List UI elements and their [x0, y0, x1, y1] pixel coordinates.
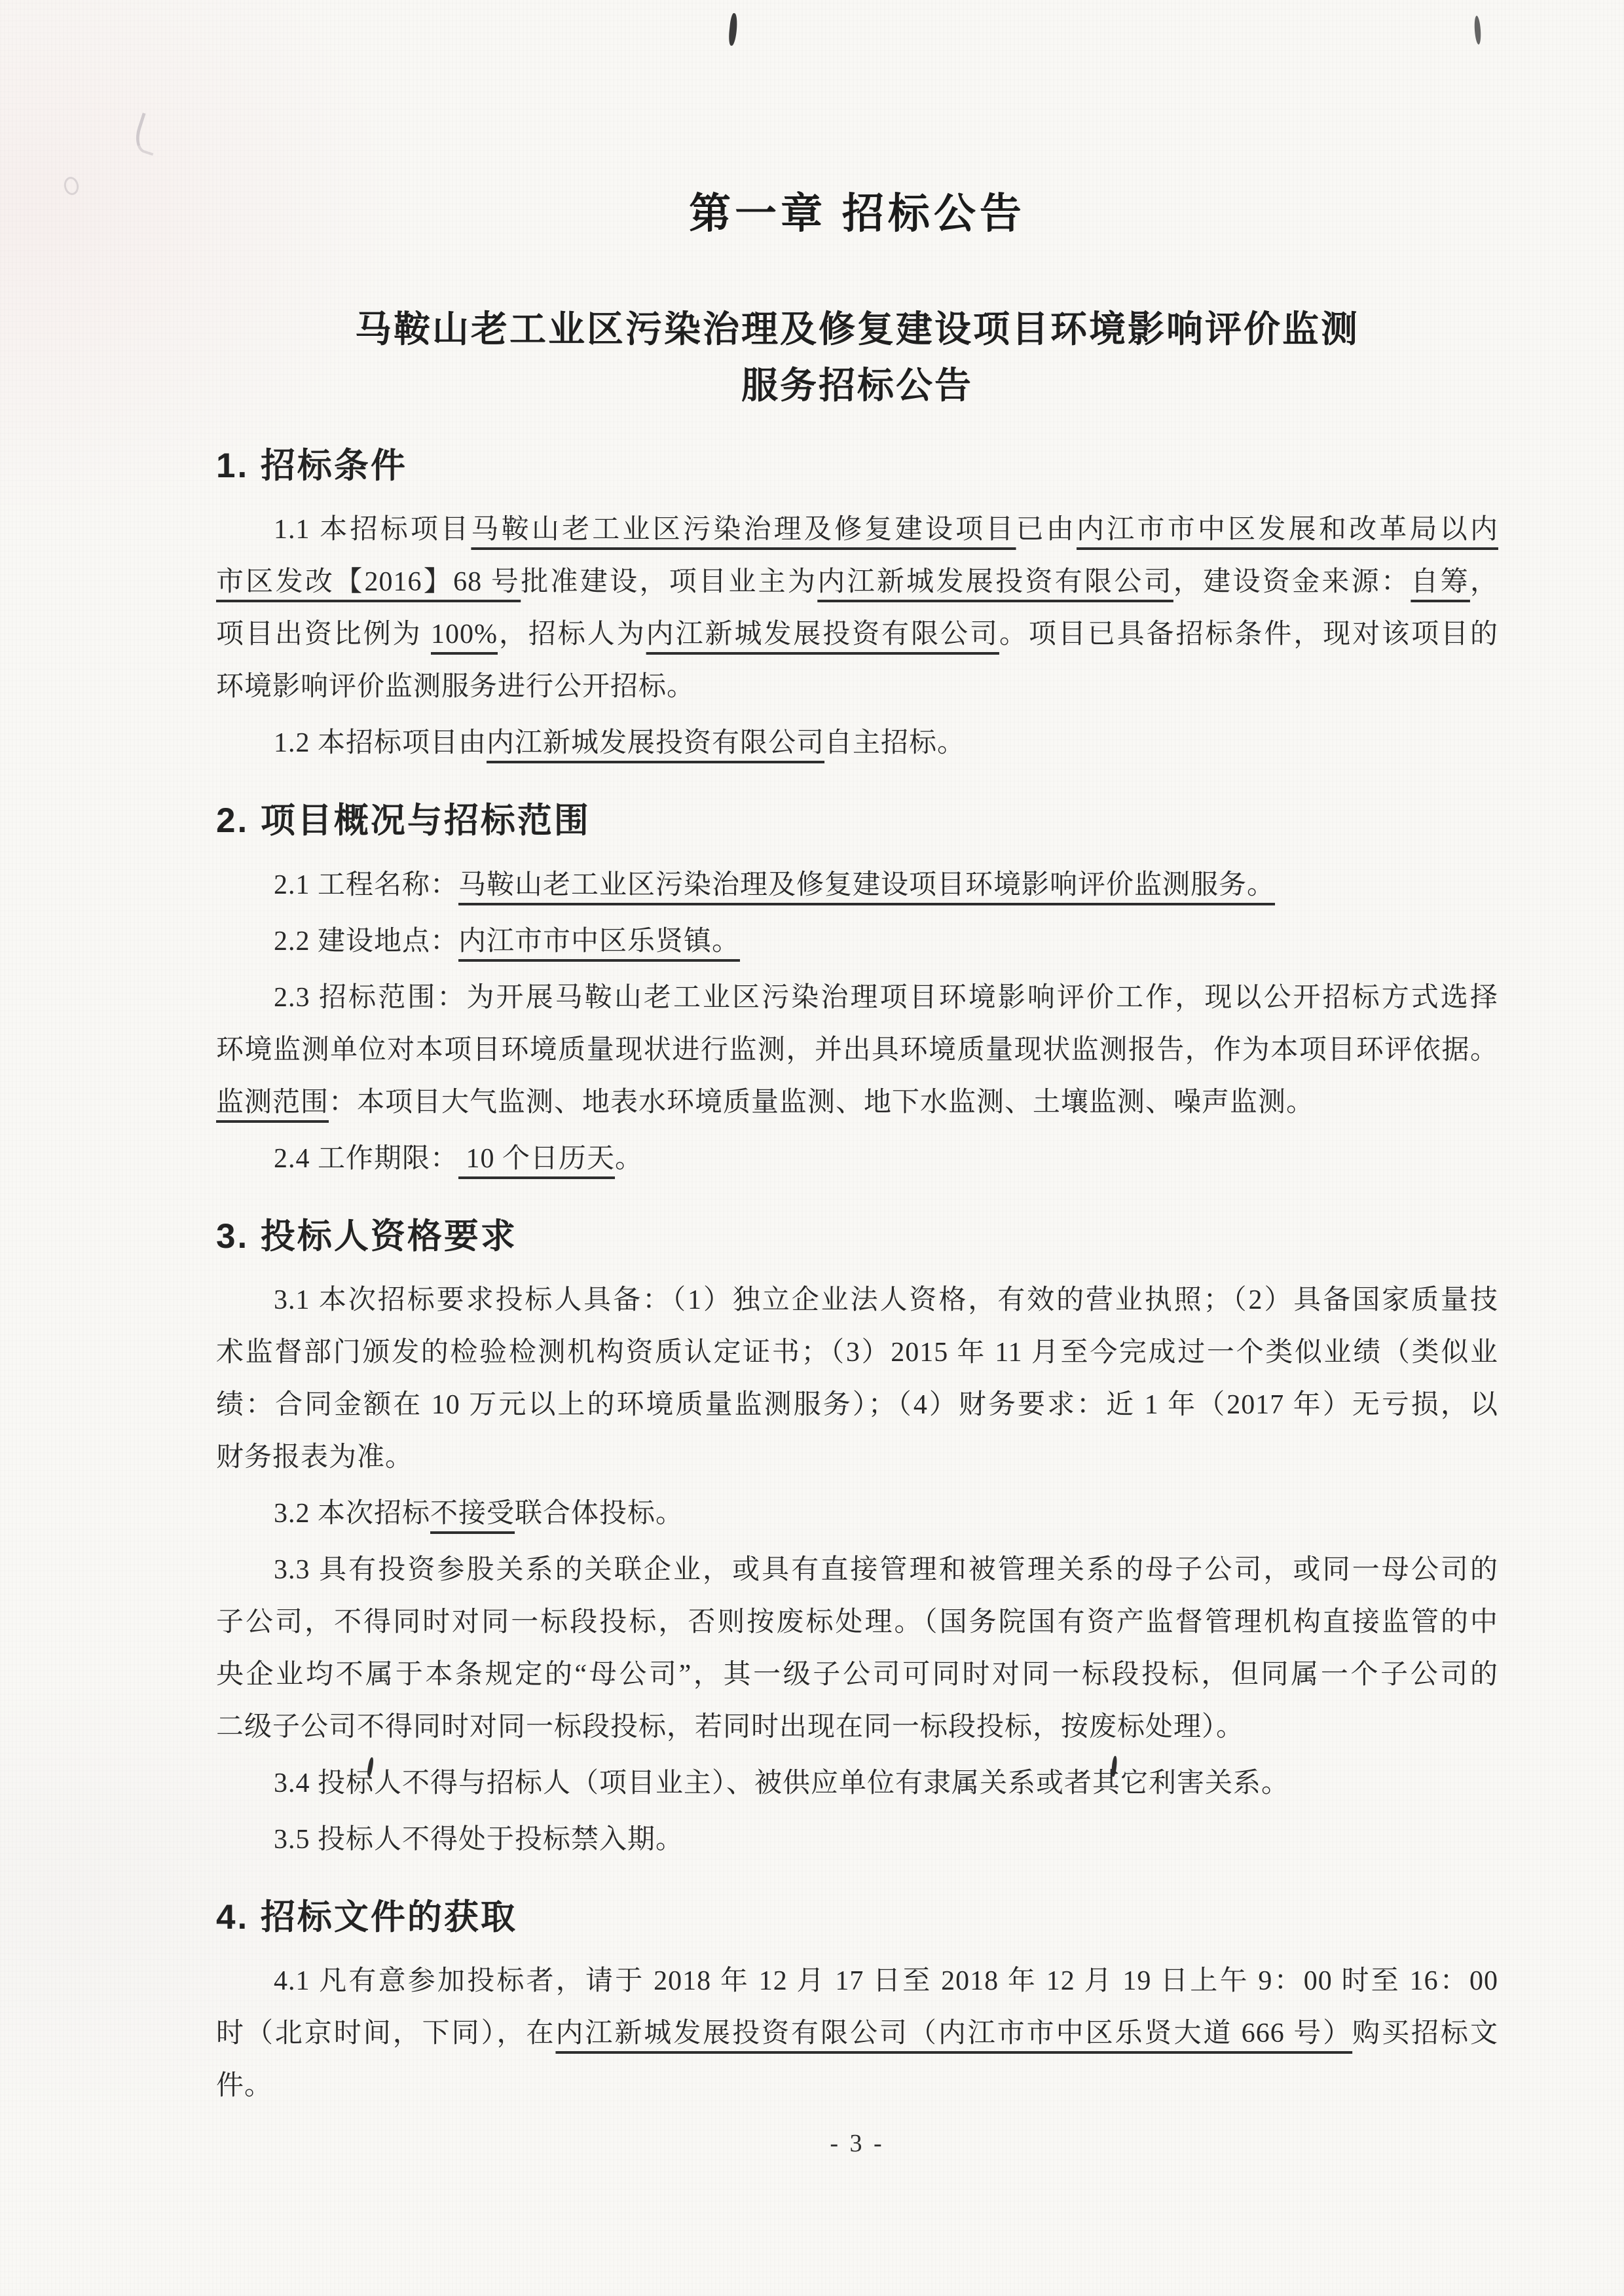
text-segment: 环境影响评价监测服务进行公开招标。 [216, 672, 695, 702]
text-segment: 3.2 本次招标 [274, 1499, 430, 1529]
underlined-text-segment: 10 个日历天 [458, 1144, 615, 1174]
paragraph-1-1: 1.1 本招标项目马鞍山老工业区污染治理及修复建设项目已由内江市市中区发展和改革… [216, 503, 1498, 713]
underlined-text-segment: 内江新城发展投资有限公司（内江市市中区乐贤大道 666 号） [555, 2018, 1352, 2049]
document-content: 第一章 招标公告 马鞍山老工业区污染治理及修复建设项目环境影响评价监测 服务招标… [216, 0, 1498, 2116]
text-line: 市区发改【2016】68 号批准建设，项目业主为内江新城发展投资有限公司，建设资… [216, 556, 1498, 608]
underlined-text-segment: 马鞍山老工业区污染治理及修复建设项目 [471, 515, 1016, 545]
text-line: 2.1 工程名称：马鞍山老工业区污染治理及修复建设项目环境影响评价监测服务。 [216, 859, 1498, 911]
text-line: 央企业均不属于本条规定的“母公司”，其一级子公司可同时对同一标段投标，但同属一个… [216, 1649, 1498, 1701]
text-line: 3.3 具有投资参股关系的关联企业，或具有直接管理和被管理关系的母子公司，或同一… [216, 1544, 1498, 1596]
text-segment: 2.4 工作期限： [274, 1144, 458, 1174]
text-line: 2.2 建设地点：内江市市中区乐贤镇。 [216, 915, 1498, 968]
text-segment: 。项目已具备招标条件，现对该项目的 [999, 619, 1498, 649]
underlined-text-segment: 马鞍山老工业区污染治理及修复建设项目环境影响评价监测服务。 [458, 870, 1275, 900]
text-segment: ，招标人为 [498, 619, 646, 649]
text-segment: 央企业均不属于本条规定的“母公司”，其一级子公司可同时对同一标段投标，但同属一个… [216, 1660, 1498, 1690]
text-segment: 3.4 投标人不得与招标人（项目业主）、被供应单位有隶属关系或者其它利害关系。 [274, 1768, 1289, 1798]
text-segment: 2.2 建设地点： [274, 926, 458, 957]
text-segment: 1.2 本招标项目由 [274, 728, 487, 758]
text-segment: 已由 [1016, 515, 1077, 545]
text-segment: 购买招标文 [1352, 2018, 1498, 2049]
text-segment: 批准建设，项目业主为 [521, 567, 817, 597]
text-segment: 2.3 招标范围：为开展马鞍山老工业区污染治理项目环境影响评价工作，现以公开招标… [274, 983, 1498, 1013]
text-line: 1.1 本招标项目马鞍山老工业区污染治理及修复建设项目已由内江市市中区发展和改革… [216, 503, 1498, 556]
text-segment: 财务报表为准。 [216, 1442, 413, 1472]
paragraph-2-3: 2.3 招标范围：为开展马鞍山老工业区污染治理项目环境影响评价工作，现以公开招标… [216, 972, 1498, 1129]
paragraph-2-2: 2.2 建设地点：内江市市中区乐贤镇。 [216, 915, 1498, 968]
section-heading-4: 4. 招标文件的获取 [216, 1896, 1498, 1939]
scanned-document-page: 第一章 招标公告 马鞍山老工业区污染治理及修复建设项目环境影响评价监测 服务招标… [0, 0, 1624, 2296]
text-line: 术监督部门颁发的检验检测机构资质认定证书；（3）2015 年 11 月至今完成过… [216, 1326, 1498, 1379]
underlined-text-segment: 内江市市中区发展和改革局以内 [1077, 515, 1498, 545]
text-line: 二级子公司不得同时对同一标段投标，若同时出现在同一标段投标，按废标处理）。 [216, 1701, 1498, 1753]
text-line: 财务报表为准。 [216, 1431, 1498, 1484]
text-segment: ， [1470, 567, 1498, 597]
text-line: 4.1 凡有意参加投标者，请于 2018 年 12 月 17 日至 2018 年… [216, 1955, 1498, 2007]
paragraph-3-4: 3.4 投标人不得与招标人（项目业主）、被供应单位有隶属关系或者其它利害关系。 [216, 1757, 1498, 1810]
underlined-text-segment: 内江新城发展投资有限公司 [646, 619, 999, 649]
document-subtitle: 马鞍山老工业区污染治理及修复建设项目环境影响评价监测 服务招标公告 [216, 301, 1498, 415]
text-segment: 1.1 本招标项目 [274, 515, 471, 545]
text-segment: 4.1 凡有意参加投标者，请于 2018 年 12 月 17 日至 2018 年… [274, 1966, 1498, 1996]
text-line: 监测范围：本项目大气监测、地表水环境质量监测、地下水监测、土壤监测、噪声监测。 [216, 1076, 1498, 1129]
paragraph-1-2: 1.2 本招标项目由内江新城发展投资有限公司自主招标。 [216, 717, 1498, 769]
underlined-text-segment: 内江新城发展投资有限公司 [817, 567, 1173, 597]
section-heading-3: 3. 投标人资格要求 [216, 1215, 1498, 1258]
text-segment: 项目出资比例为 [216, 619, 431, 649]
text-line: 环境影响评价监测服务进行公开招标。 [216, 661, 1498, 713]
text-line: 环境监测单位对本项目环境质量现状进行监测，并出具环境质量现状监测报告，作为本项目… [216, 1024, 1498, 1076]
text-segment: 2.1 工程名称： [274, 870, 458, 900]
section-heading-1: 1. 招标条件 [216, 445, 1498, 488]
chapter-title: 第一章 招标公告 [216, 190, 1498, 238]
paragraph-3-3: 3.3 具有投资参股关系的关联企业，或具有直接管理和被管理关系的母子公司，或同一… [216, 1544, 1498, 1753]
paragraph-2-4: 2.4 工作期限： 10 个日历天。 [216, 1133, 1498, 1185]
text-segment: ：本项目大气监测、地表水环境质量监测、地下水监测、土壤监测、噪声监测。 [329, 1087, 1314, 1118]
underlined-text-segment: 内江新城发展投资有限公司 [487, 728, 824, 758]
text-segment: 子公司，不得同时对同一标段投标，否则按废标处理。（国务院国有资产监督管理机构直接… [216, 1607, 1498, 1637]
paragraph-2-1: 2.1 工程名称：马鞍山老工业区污染治理及修复建设项目环境影响评价监测服务。 [216, 859, 1498, 911]
text-segment: 绩：合同金额在 10 万元以上的环境质量监测服务）；（4）财务要求：近 1 年（… [216, 1390, 1498, 1420]
text-line: 3.4 投标人不得与招标人（项目业主）、被供应单位有隶属关系或者其它利害关系。 [216, 1757, 1498, 1810]
page-number: - 3 - [216, 2129, 1498, 2158]
underlined-text-segment: 市区发改【2016】68 号 [216, 567, 521, 597]
text-line: 1.2 本招标项目由内江新城发展投资有限公司自主招标。 [216, 717, 1498, 769]
text-segment: 二级子公司不得同时对同一标段投标，若同时出现在同一标段投标，按废标处理）。 [216, 1712, 1244, 1742]
text-segment: 术监督部门颁发的检验检测机构资质认定证书；（3）2015 年 11 月至今完成过… [216, 1338, 1498, 1368]
text-segment: ，建设资金来源： [1173, 567, 1411, 597]
text-segment: 3.1 本次招标要求投标人具备：（1）独立企业法人资格，有效的营业执照；（2）具… [274, 1285, 1498, 1315]
underlined-text-segment: 100% [431, 619, 498, 649]
underlined-text-segment: 不接受 [430, 1499, 515, 1529]
text-segment: 件。 [216, 2071, 272, 2101]
text-segment: 时（北京时间，下同），在 [216, 2018, 555, 2049]
text-line: 3.1 本次招标要求投标人具备：（1）独立企业法人资格，有效的营业执照；（2）具… [216, 1274, 1498, 1326]
text-line: 3.5 投标人不得处于投标禁入期。 [216, 1813, 1498, 1866]
paragraph-3-5: 3.5 投标人不得处于投标禁入期。 [216, 1813, 1498, 1866]
paragraph-3-1: 3.1 本次招标要求投标人具备：（1）独立企业法人资格，有效的营业执照；（2）具… [216, 1274, 1498, 1484]
text-line: 2.3 招标范围：为开展马鞍山老工业区污染治理项目环境影响评价工作，现以公开招标… [216, 972, 1498, 1024]
section-heading-2: 2. 项目概况与招标范围 [216, 799, 1498, 843]
text-line: 2.4 工作期限： 10 个日历天。 [216, 1133, 1498, 1185]
text-line: 绩：合同金额在 10 万元以上的环境质量监测服务）；（4）财务要求：近 1 年（… [216, 1379, 1498, 1431]
text-segment: 3.5 投标人不得处于投标禁入期。 [274, 1825, 684, 1855]
paragraph-4-1: 4.1 凡有意参加投标者，请于 2018 年 12 月 17 日至 2018 年… [216, 1955, 1498, 2112]
paragraph-3-2: 3.2 本次招标不接受联合体投标。 [216, 1487, 1498, 1540]
text-line: 件。 [216, 2060, 1498, 2112]
subtitle-line-2: 服务招标公告 [216, 357, 1498, 414]
text-line: 项目出资比例为 100%，招标人为内江新城发展投资有限公司。项目已具备招标条件，… [216, 608, 1498, 661]
text-segment: 环境监测单位对本项目环境质量现状进行监测，并出具环境质量现状监测报告，作为本项目… [216, 1035, 1498, 1065]
scan-artifact-smudge [62, 175, 80, 196]
underlined-text-segment: 自筹 [1411, 567, 1470, 597]
text-line: 时（北京时间，下同），在内江新城发展投资有限公司（内江市市中区乐贤大道 666 … [216, 2007, 1498, 2060]
text-segment: 。 [615, 1144, 643, 1174]
text-line: 3.2 本次招标不接受联合体投标。 [216, 1487, 1498, 1540]
text-segment: 联合体投标。 [515, 1499, 684, 1529]
underlined-text-segment: 监测范围 [216, 1087, 329, 1118]
text-segment: 自主招标。 [824, 728, 965, 758]
subtitle-line-1: 马鞍山老工业区污染治理及修复建设项目环境影响评价监测 [216, 301, 1498, 358]
underlined-text-segment: 内江市市中区乐贤镇。 [458, 926, 740, 957]
text-line: 子公司，不得同时对同一标段投标，否则按废标处理。（国务院国有资产监督管理机构直接… [216, 1596, 1498, 1649]
scan-artifact-pencil-mark [131, 113, 164, 156]
text-segment: 3.3 具有投资参股关系的关联企业，或具有直接管理和被管理关系的母子公司，或同一… [274, 1555, 1498, 1585]
